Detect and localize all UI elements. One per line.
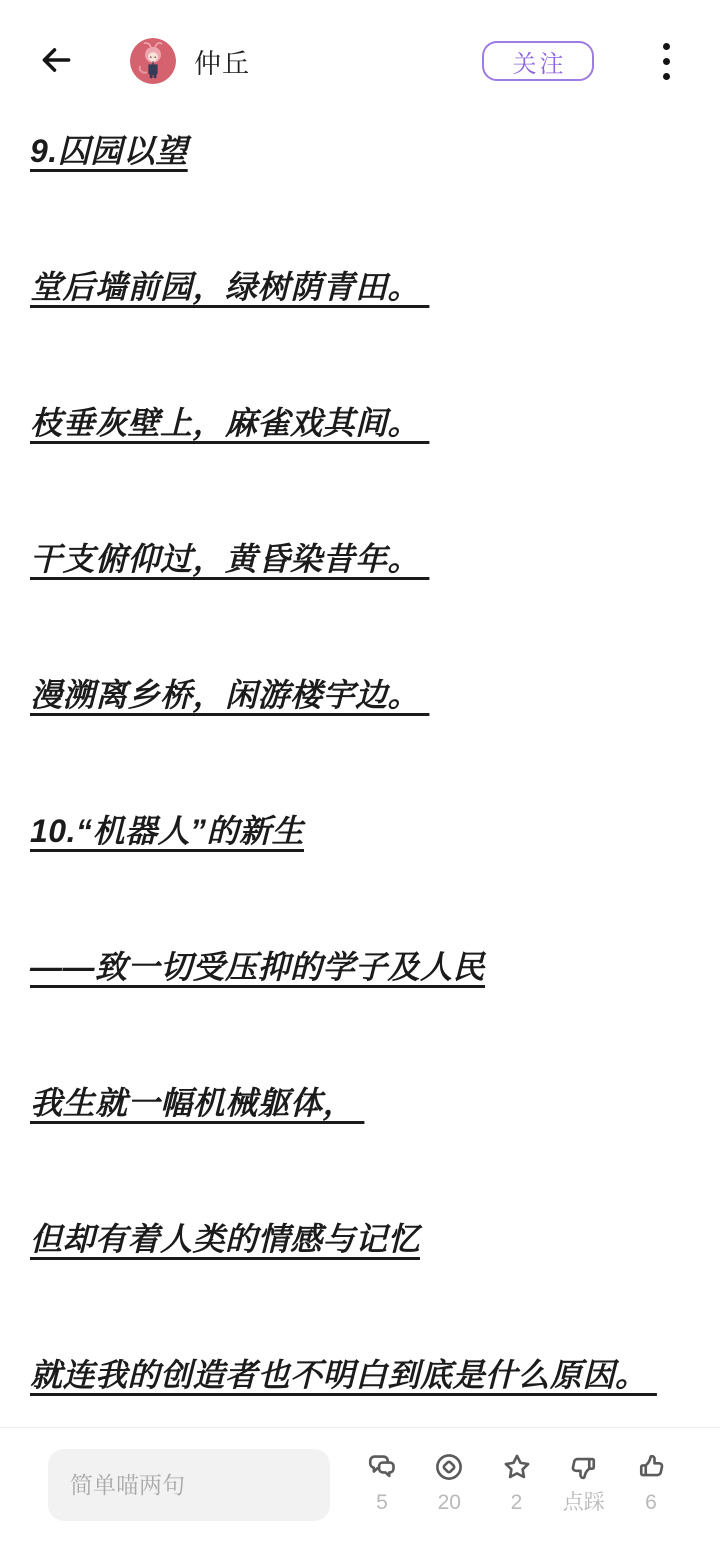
- star-icon: [502, 1452, 532, 1482]
- article-screen: 仲丘 关注 9.囚园以望 堂后墙前园，绿树荫青田。 枝垂灰壁上，麻雀戏其间。 干…: [0, 0, 720, 1541]
- bottom-bar: 5 20 2: [0, 1427, 720, 1541]
- coin-icon: [434, 1452, 464, 1482]
- poem-line: 漫溯离乡桥，闲游楼宇边。: [30, 676, 692, 714]
- avatar[interactable]: [130, 38, 176, 84]
- back-arrow-icon: [37, 41, 75, 82]
- avatar-image: [130, 38, 176, 84]
- poem-line: 我生就一幅机械躯体，: [30, 1084, 692, 1122]
- poem-line: 干支俯仰过，黄昏染昔年。: [30, 540, 692, 578]
- poem-line: 枝垂灰壁上，麻雀戏其间。: [30, 404, 692, 442]
- favorite-count: 2: [511, 1492, 523, 1514]
- back-button[interactable]: [36, 41, 76, 81]
- comments-button[interactable]: 5: [360, 1452, 404, 1514]
- upvote-button[interactable]: 6: [629, 1452, 673, 1514]
- more-options-button[interactable]: [656, 43, 676, 80]
- downvote-button[interactable]: 点踩: [562, 1452, 606, 1514]
- follow-button[interactable]: 关注: [482, 41, 594, 81]
- favorite-button[interactable]: 2: [495, 1452, 539, 1514]
- poem-line: 但却有着人类的情感与记忆: [30, 1220, 692, 1258]
- username[interactable]: 仲丘: [194, 42, 250, 81]
- article-body: 9.囚园以望 堂后墙前园，绿树荫青田。 枝垂灰壁上，麻雀戏其间。 干支俯仰过，黄…: [0, 122, 720, 1427]
- poem-line: 堂后墙前园，绿树荫青田。: [30, 268, 692, 306]
- action-bar: 5 20 2: [330, 1449, 720, 1514]
- kebab-icon: [663, 43, 670, 80]
- comment-input[interactable]: [48, 1449, 330, 1521]
- comments-count: 5: [376, 1492, 388, 1514]
- downvote-label: 点踩: [563, 1492, 605, 1514]
- comment-icon: [367, 1452, 397, 1482]
- coin-count: 20: [438, 1492, 461, 1514]
- poem-line: ——致一切受压抑的学子及人民: [30, 948, 692, 986]
- poem-line: 10.“机器人”的新生: [30, 812, 692, 850]
- thumbs-up-icon: [636, 1452, 666, 1482]
- coin-button[interactable]: 20: [427, 1452, 471, 1514]
- top-bar: 仲丘 关注: [0, 0, 720, 122]
- poem-line: 9.囚园以望: [30, 132, 692, 170]
- upvote-count: 6: [645, 1492, 657, 1514]
- thumbs-down-icon: [569, 1452, 599, 1482]
- poem-line: 就连我的创造者也不明白到底是什么原因。: [30, 1356, 692, 1394]
